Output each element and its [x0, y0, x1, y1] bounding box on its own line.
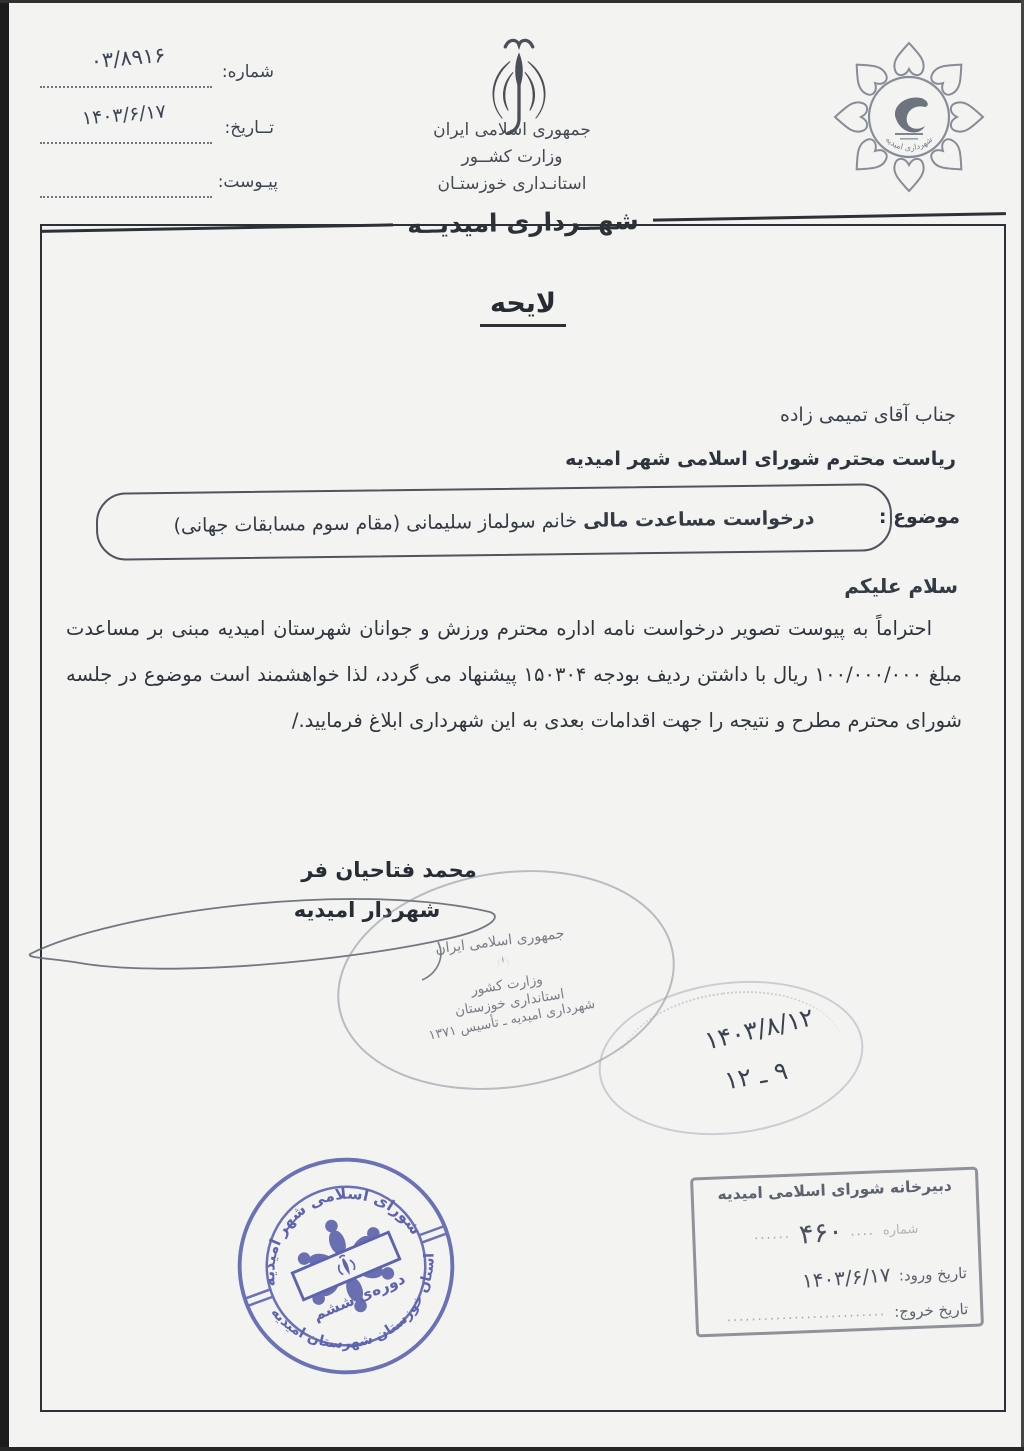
attachment-label: پیـوست: [212, 172, 278, 192]
secretariat-number-dots: .... [850, 1224, 875, 1240]
body-line: احتراماً به پیوست تصویر درخواست نامه ادا… [66, 606, 962, 652]
oval-stamp-emblem-icon [492, 949, 516, 976]
document-title: لایحه [480, 288, 566, 327]
scan-edge-left [0, 0, 9, 1451]
subject-text: خانم سولماز سلیمانی (مقام سوم مسابقات جه… [173, 510, 583, 537]
secretariat-number-dots: ...... [754, 1227, 791, 1243]
body-line: شورای محترم مطرح و نتیجه را جهت اقدامات … [66, 698, 962, 744]
addressee-name: جناب آقای تمیمی زاده [780, 404, 956, 426]
attachment-dotted-line [40, 196, 212, 198]
secretariat-number-label: شماره [883, 1222, 919, 1238]
addressee-role: ریاست محترم شورای اسلامی شهر امیدیه [565, 448, 956, 470]
title-rule-right [653, 212, 1006, 221]
secretariat-stamp: دبیرخانه شورای اسلامی امیدیه شماره .... … [690, 1167, 984, 1338]
secretariat-number-handwritten: ۴۶۰ [797, 1216, 844, 1252]
secretariat-exit-row: تاریخ خروج: .......................... [710, 1300, 969, 1328]
body-line: مبلغ ۱۰۰/۰۰۰/۰۰۰ ریال با داشتن ردیف بودج… [66, 652, 962, 698]
date-dotted-line [40, 142, 212, 144]
date-label: تــاریخ: [212, 118, 274, 138]
secretariat-entry-row: تاریخ ورود: ۱۴۰۳/۶/۱۷ [709, 1261, 968, 1295]
omidiyeh-municipality-logo: شهرداری امیدیه [826, 34, 992, 200]
scan-edge-bottom [0, 1447, 1024, 1451]
letterhead-governorate: استانـداری خوزستـان [352, 174, 672, 194]
number-label: شماره: [212, 62, 274, 82]
date-handwritten-value: ۱۴۰۳/۶/۱۷ [43, 97, 204, 133]
scan-edge-top [0, 0, 1024, 3]
scanned-letter-page: شماره: ۰۳/۸۹۱۶ تــاریخ: ۱۴۰۳/۶/۱۷ پیـوست… [0, 0, 1024, 1451]
secretariat-exit-dots: .......................... [727, 1305, 887, 1326]
letterhead-ministry: وزارت کشــور [352, 147, 672, 167]
subject-text-bold: درخواست مساعدت مالی [583, 507, 815, 532]
subject-box: درخواست مساعدت مالی خانم سولماز سلیمانی … [96, 483, 893, 561]
body-paragraph: احتراماً به پیوست تصویر درخواست نامه ادا… [66, 606, 962, 744]
secretariat-exit-label: تاریخ خروج: [894, 1300, 969, 1321]
secretariat-entry-handwritten: ۱۴۰۳/۶/۱۷ [801, 1263, 891, 1293]
secretariat-entry-label: تاریخ ورود: [899, 1264, 968, 1285]
number-handwritten-value: ۰۳/۸۹۱۶ [51, 39, 205, 76]
salutation: سلام علیکم [844, 574, 958, 598]
svg-text:شهرداری امیدیه: شهرداری امیدیه [884, 135, 935, 153]
secretariat-number-row: شماره .... ۴۶۰ ...... [707, 1209, 966, 1257]
secretariat-stamp-header: دبیرخانه شورای اسلامی امیدیه [705, 1176, 964, 1204]
letterhead-country: جمهوری اسلامی ایران [352, 120, 672, 140]
number-dotted-line [40, 86, 212, 88]
